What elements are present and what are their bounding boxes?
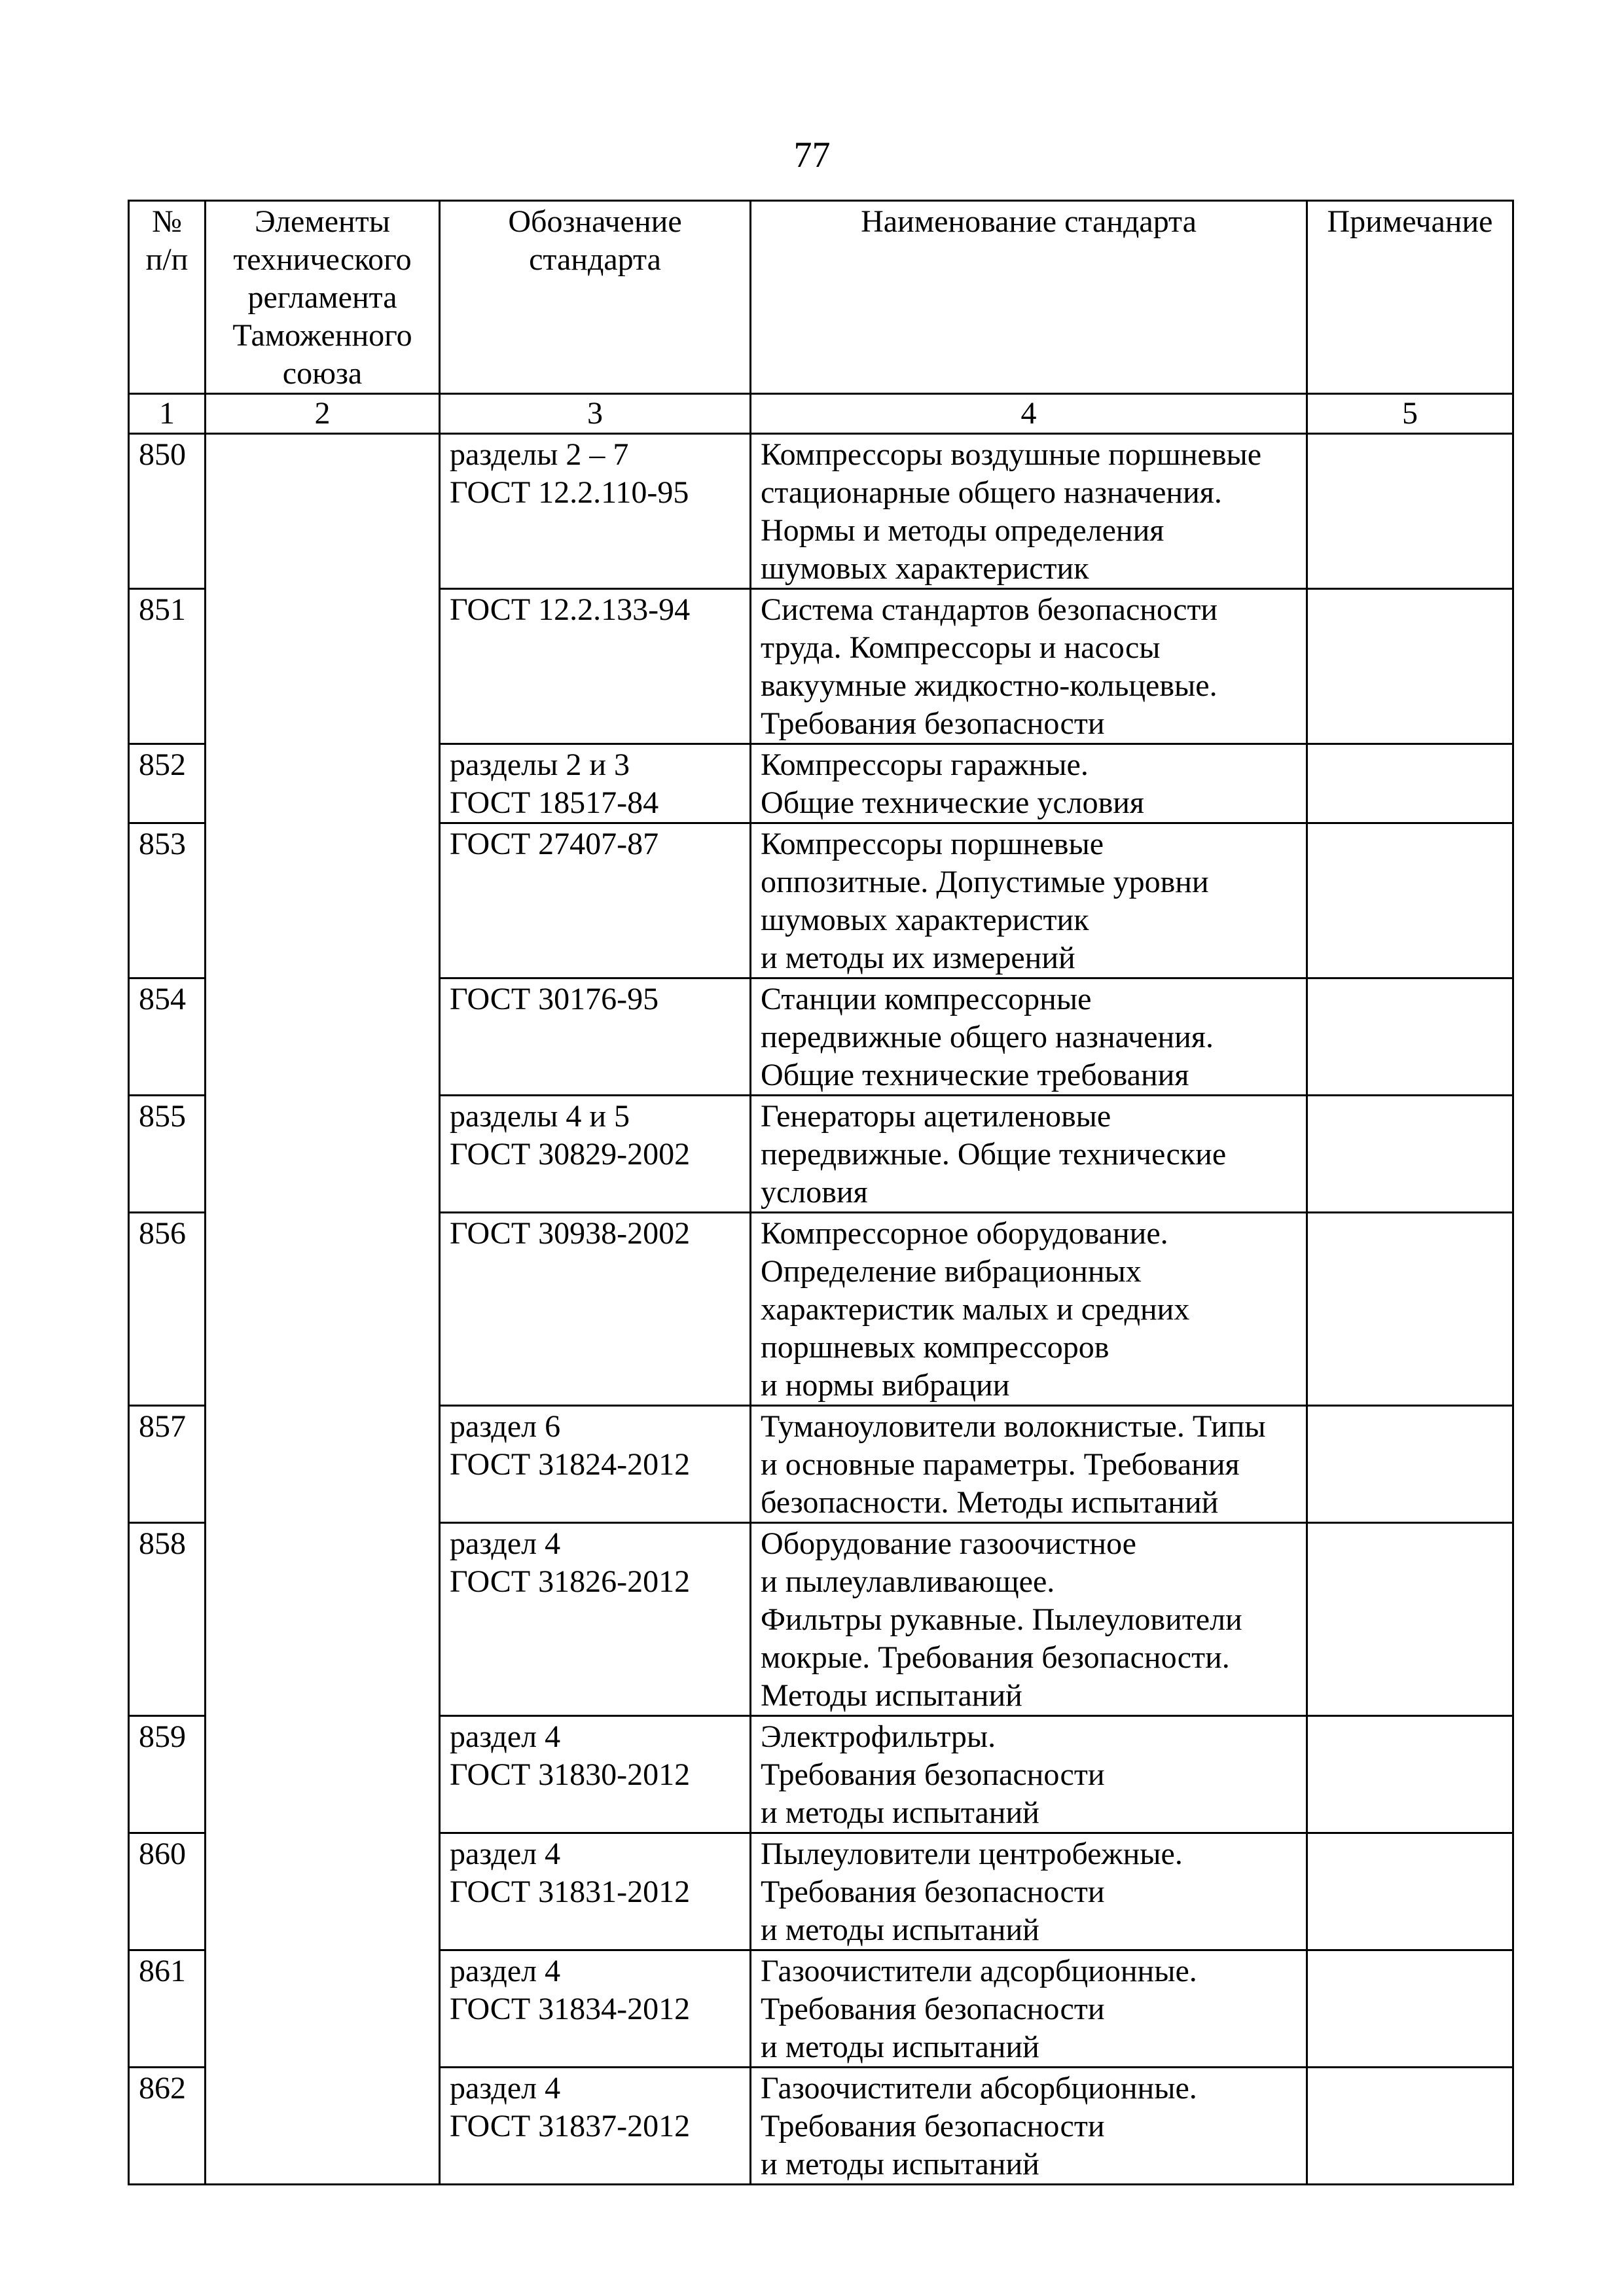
header-designation: Обозначениестандарта xyxy=(440,201,751,394)
row-number: 861 xyxy=(129,1950,206,2068)
designation-line: ГОСТ 31837-2012 xyxy=(450,2108,740,2145)
name-line: труда. Компрессоры и насосы xyxy=(761,629,1297,667)
designation-line: ГОСТ 12.2.133-94 xyxy=(450,591,740,629)
name-line: Пылеуловители центробежные. xyxy=(761,1835,1297,1873)
name-line: мокрые. Требования безопасности. xyxy=(761,1639,1297,1677)
name-line: и нормы вибрации xyxy=(761,1367,1297,1405)
name-line: и методы их измерений xyxy=(761,939,1297,977)
note-cell xyxy=(1307,1096,1513,1213)
standard-name: Компрессоры поршневыеоппозитные. Допусти… xyxy=(751,823,1307,978)
name-line: безопасности. Методы испытаний xyxy=(761,1484,1297,1522)
standard-name: Генераторы ацетиленовыепередвижные. Общи… xyxy=(751,1096,1307,1213)
designation-line: ГОСТ 30176-95 xyxy=(450,980,740,1018)
standard-name: Электрофильтры.Требования безопасностии … xyxy=(751,1716,1307,1833)
column-numbers-row: 1 2 3 4 5 xyxy=(129,394,1513,434)
table-body: 850разделы 2 – 7ГОСТ 12.2.110-95Компресс… xyxy=(129,434,1513,2185)
header-line: Примечание xyxy=(1317,203,1503,241)
name-line: Станции компрессорные xyxy=(761,980,1297,1018)
note-cell xyxy=(1307,1406,1513,1523)
name-line: Туманоуловители волокнистые. Типы xyxy=(761,1408,1297,1446)
note-cell xyxy=(1307,1716,1513,1833)
note-cell xyxy=(1307,589,1513,744)
name-line: Электрофильтры. xyxy=(761,1718,1297,1756)
header-line: технического xyxy=(215,241,429,279)
name-line: Система стандартов безопасности xyxy=(761,591,1297,629)
header-elements: ЭлементытехническогорегламентаТаможенног… xyxy=(206,201,440,394)
name-line: Компрессоры воздушные поршневые xyxy=(761,436,1297,474)
designation-line: ГОСТ 12.2.110-95 xyxy=(450,474,740,512)
table-row: 850разделы 2 – 7ГОСТ 12.2.110-95Компресс… xyxy=(129,434,1513,589)
name-line: передвижные общего назначения. xyxy=(761,1018,1297,1056)
name-line: Требования безопасности xyxy=(761,1756,1297,1794)
standard-name: Пылеуловители центробежные.Требования бе… xyxy=(751,1833,1307,1950)
standard-designation: раздел 4ГОСТ 31826-2012 xyxy=(440,1523,751,1716)
name-line: Компрессорное оборудование. xyxy=(761,1215,1297,1253)
name-line: вакуумные жидкостно-кольцевые. xyxy=(761,667,1297,705)
standard-name: Система стандартов безопасноститруда. Ко… xyxy=(751,589,1307,744)
header-name: Наименование стандарта xyxy=(751,201,1307,394)
standard-designation: ГОСТ 12.2.133-94 xyxy=(440,589,751,744)
column-number: 2 xyxy=(206,394,440,434)
name-line: Газоочистители абсорбционные. xyxy=(761,2070,1297,2108)
column-number: 4 xyxy=(751,394,1307,434)
standard-designation: раздел 4ГОСТ 31831-2012 xyxy=(440,1833,751,1950)
row-number: 855 xyxy=(129,1096,206,1213)
column-number: 1 xyxy=(129,394,206,434)
designation-line: разделы 2 и 3 xyxy=(450,746,740,784)
name-line: Компрессоры поршневые xyxy=(761,825,1297,863)
header-line: п/п xyxy=(139,241,195,279)
row-number: 859 xyxy=(129,1716,206,1833)
name-line: Оборудование газоочистное xyxy=(761,1525,1297,1563)
designation-line: раздел 4 xyxy=(450,1952,740,1990)
header-line: союза xyxy=(215,355,429,393)
name-line: и методы испытаний xyxy=(761,1911,1297,1949)
note-cell xyxy=(1307,1213,1513,1406)
header-line: Наименование стандарта xyxy=(761,203,1297,241)
row-number: 850 xyxy=(129,434,206,589)
name-line: Фильтры рукавные. Пылеуловители xyxy=(761,1601,1297,1639)
standard-designation: раздел 4ГОСТ 31837-2012 xyxy=(440,2068,751,2185)
header-note: Примечание xyxy=(1307,201,1513,394)
standard-designation: разделы 4 и 5ГОСТ 30829-2002 xyxy=(440,1096,751,1213)
note-cell xyxy=(1307,2068,1513,2185)
header-line: стандарта xyxy=(450,241,740,279)
designation-line: разделы 4 и 5 xyxy=(450,1098,740,1136)
name-line: и методы испытаний xyxy=(761,1794,1297,1832)
name-line: Генераторы ацетиленовые xyxy=(761,1098,1297,1136)
table-header-row: №п/п ЭлементытехническогорегламентаТамож… xyxy=(129,201,1513,394)
name-line: Общие технические требования xyxy=(761,1056,1297,1094)
page-number: 77 xyxy=(0,134,1624,176)
name-line: условия xyxy=(761,1174,1297,1211)
standard-designation: разделы 2 – 7ГОСТ 12.2.110-95 xyxy=(440,434,751,589)
standard-name: Туманоуловители волокнистые. Типыи основ… xyxy=(751,1406,1307,1523)
note-cell xyxy=(1307,823,1513,978)
row-number: 852 xyxy=(129,744,206,823)
designation-line: ГОСТ 30938-2002 xyxy=(450,1215,740,1253)
standard-designation: ГОСТ 30938-2002 xyxy=(440,1213,751,1406)
standard-name: Газоочистители абсорбционные.Требования … xyxy=(751,2068,1307,2185)
name-line: поршневых компрессоров xyxy=(761,1329,1297,1367)
designation-line: ГОСТ 31830-2012 xyxy=(450,1756,740,1794)
row-number: 858 xyxy=(129,1523,206,1716)
regulation-elements-cell xyxy=(206,434,440,2185)
note-cell xyxy=(1307,744,1513,823)
name-line: стационарные общего назначения. xyxy=(761,474,1297,512)
designation-line: ГОСТ 31831-2012 xyxy=(450,1873,740,1911)
name-line: Общие технические условия xyxy=(761,784,1297,822)
name-line: Требования безопасности xyxy=(761,2108,1297,2145)
standard-designation: ГОСТ 30176-95 xyxy=(440,978,751,1096)
designation-line: раздел 4 xyxy=(450,1835,740,1873)
column-number: 5 xyxy=(1307,394,1513,434)
standard-designation: раздел 4ГОСТ 31830-2012 xyxy=(440,1716,751,1833)
standard-designation: раздел 6ГОСТ 31824-2012 xyxy=(440,1406,751,1523)
designation-line: ГОСТ 30829-2002 xyxy=(450,1136,740,1174)
standard-name: Газоочистители адсорбционные.Требования … xyxy=(751,1950,1307,2068)
header-number: №п/п xyxy=(129,201,206,394)
row-number: 853 xyxy=(129,823,206,978)
header-line: Таможенного xyxy=(215,317,429,355)
name-line: Методы испытаний xyxy=(761,1677,1297,1715)
name-line: шумовых характеристик xyxy=(761,901,1297,939)
row-number: 856 xyxy=(129,1213,206,1406)
designation-line: ГОСТ 27407-87 xyxy=(450,825,740,863)
designation-line: раздел 6 xyxy=(450,1408,740,1446)
standard-designation: ГОСТ 27407-87 xyxy=(440,823,751,978)
note-cell xyxy=(1307,1523,1513,1716)
standard-name: Компрессоры гаражные.Общие технические у… xyxy=(751,744,1307,823)
header-line: регламента xyxy=(215,279,429,317)
standard-name: Компрессоры воздушные поршневыестационар… xyxy=(751,434,1307,589)
note-cell xyxy=(1307,1950,1513,2068)
standard-designation: разделы 2 и 3ГОСТ 18517-84 xyxy=(440,744,751,823)
standard-name: Станции компрессорныепередвижные общего … xyxy=(751,978,1307,1096)
name-line: и методы испытаний xyxy=(761,2028,1297,2066)
name-line: и методы испытаний xyxy=(761,2145,1297,2183)
name-line: Требования безопасности xyxy=(761,705,1297,743)
column-number: 3 xyxy=(440,394,751,434)
name-line: оппозитные. Допустимые уровни xyxy=(761,863,1297,901)
standard-designation: раздел 4ГОСТ 31834-2012 xyxy=(440,1950,751,2068)
designation-line: раздел 4 xyxy=(450,1525,740,1563)
name-line: Нормы и методы определения xyxy=(761,512,1297,550)
designation-line: раздел 4 xyxy=(450,1718,740,1756)
row-number: 851 xyxy=(129,589,206,744)
row-number: 857 xyxy=(129,1406,206,1523)
designation-line: ГОСТ 18517-84 xyxy=(450,784,740,822)
name-line: передвижные. Общие технические xyxy=(761,1136,1297,1174)
row-number: 860 xyxy=(129,1833,206,1950)
designation-line: разделы 2 – 7 xyxy=(450,436,740,474)
note-cell xyxy=(1307,978,1513,1096)
name-line: Компрессоры гаражные. xyxy=(761,746,1297,784)
designation-line: ГОСТ 31834-2012 xyxy=(450,1990,740,2028)
designation-line: раздел 4 xyxy=(450,2070,740,2108)
designation-line: ГОСТ 31826-2012 xyxy=(450,1563,740,1601)
name-line: и основные параметры. Требования xyxy=(761,1446,1297,1484)
header-line: Элементы xyxy=(215,203,429,241)
standard-name: Оборудование газоочистноеи пылеулавливаю… xyxy=(751,1523,1307,1716)
name-line: Требования безопасности xyxy=(761,1990,1297,2028)
name-line: характеристик малых и средних xyxy=(761,1291,1297,1329)
name-line: Газоочистители адсорбционные. xyxy=(761,1952,1297,1990)
designation-line: ГОСТ 31824-2012 xyxy=(450,1446,740,1484)
note-cell xyxy=(1307,1833,1513,1950)
name-line: и пылеулавливающее. xyxy=(761,1563,1297,1601)
standards-table: №п/п ЭлементытехническогорегламентаТамож… xyxy=(128,200,1514,2185)
standard-name: Компрессорное оборудование.Определение в… xyxy=(751,1213,1307,1406)
row-number: 854 xyxy=(129,978,206,1096)
name-line: Требования безопасности xyxy=(761,1873,1297,1911)
header-line: Обозначение xyxy=(450,203,740,241)
name-line: Определение вибрационных xyxy=(761,1253,1297,1291)
header-line: № xyxy=(139,203,195,241)
name-line: шумовых характеристик xyxy=(761,550,1297,588)
note-cell xyxy=(1307,434,1513,589)
row-number: 862 xyxy=(129,2068,206,2185)
